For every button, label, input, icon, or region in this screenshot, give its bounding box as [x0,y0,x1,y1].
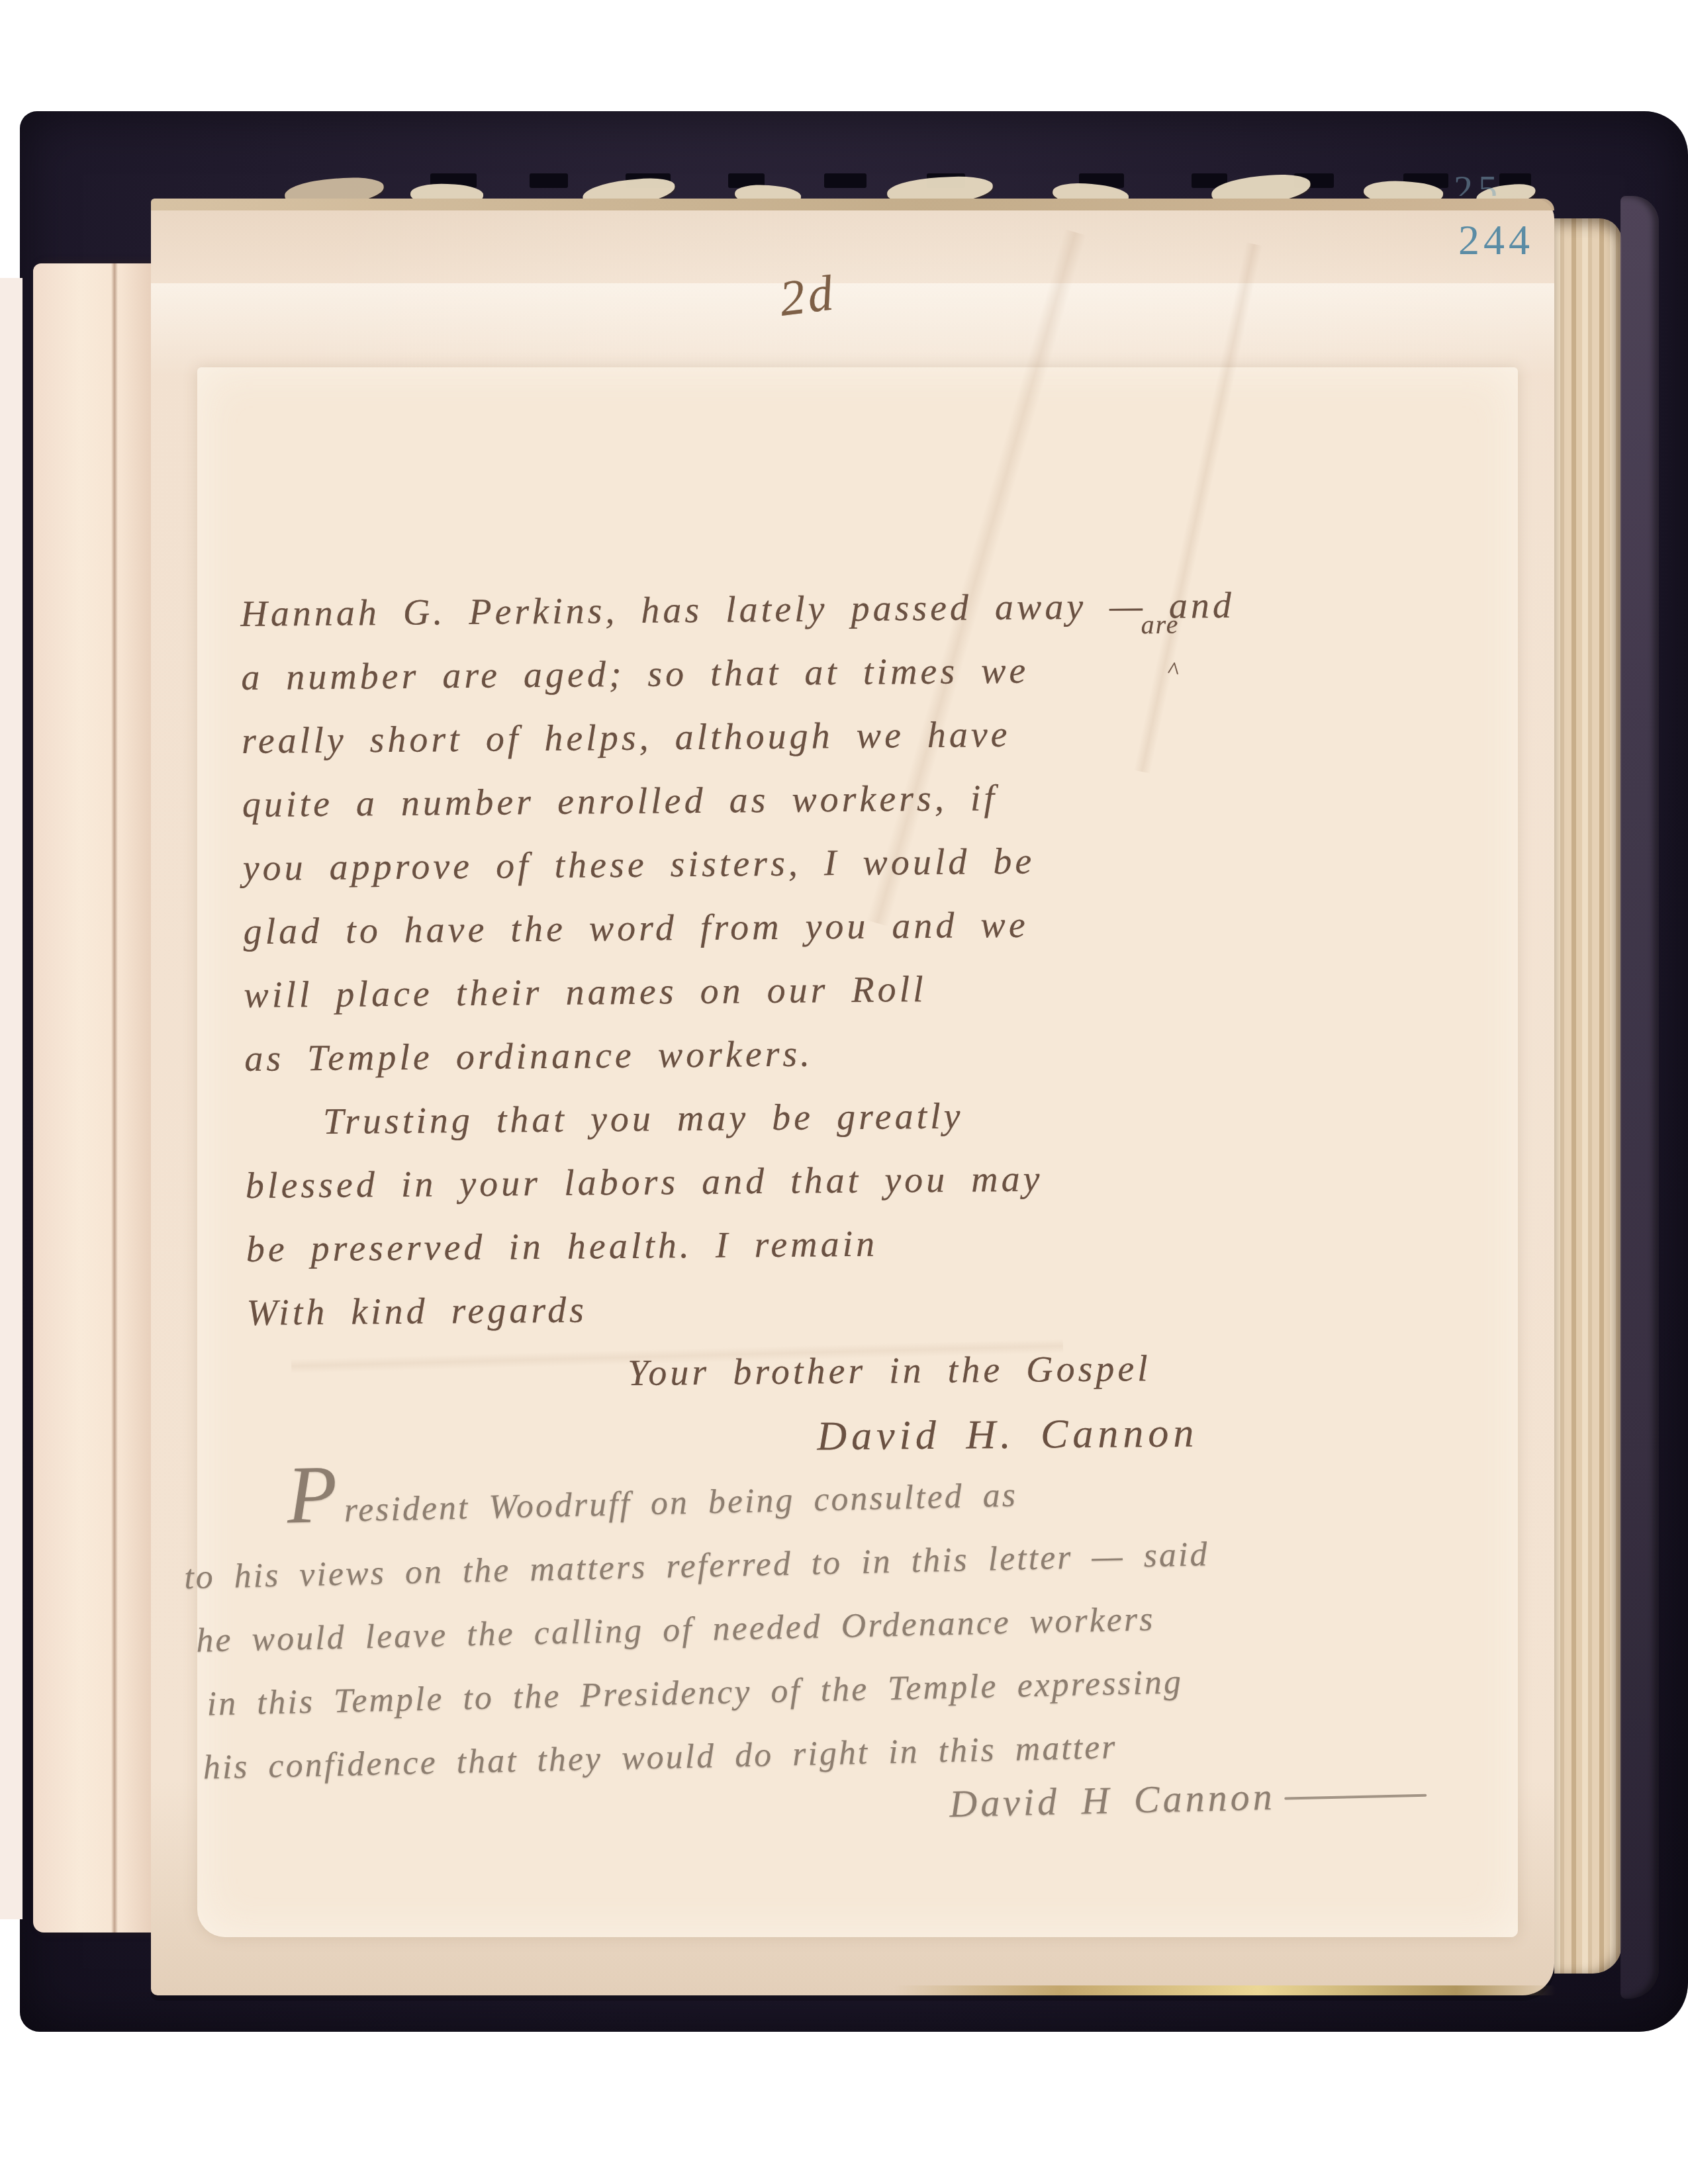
gutter-crease [111,263,118,1933]
binding-dash-mark [824,173,867,188]
letter-line: Hannah G. Perkins, has lately passed awa… [240,571,1519,646]
scanned-letterbook-page: 25 244 2d Hannah G. Perkins, has lately … [0,0,1688,2184]
bleedthrough-page-number: 25 [1454,167,1503,196]
letter-closing: Your brother in the Gospel [628,1334,1525,1405]
letter-line: will place their names on our Roll [244,952,1522,1027]
letter-line: really short of helps, although we have [242,698,1520,773]
bleedthrough-page-number-clip: 25 [1454,167,1553,196]
binding-dash-mark [530,173,568,188]
gilt-page-edge [894,1985,1556,1995]
journal-page: 244 2d Hannah G. Perkins, has lately pas… [151,199,1554,1995]
letter-line: quite a number enrolled as workers, if [242,762,1521,837]
letter-body: Hannah G. Perkins, has lately passed awa… [240,571,1526,1475]
letter-line: be preserved in health. I remain [246,1206,1524,1281]
cover-spine-edge [1620,196,1659,1999]
letter-line: you approve of these sisters, I would be [242,825,1521,900]
note-signature-text: David H Cannon [949,1775,1276,1825]
interlinear-insertion: are [1141,609,1179,641]
page-heading: 2d [776,264,839,328]
letter-line: With kind regards [246,1270,1524,1345]
letter-line: as Temple ordinance workers. [244,1016,1523,1091]
scan-edge-tint [0,278,23,1919]
page-number: 244 [1458,216,1534,265]
page-top-edge [151,199,1554,210]
letter-line: a number are aged; so that at times we [241,635,1519,709]
facing-page-edge [33,263,151,1933]
letter-line: Trusting that you may be greatly [245,1079,1523,1154]
letter-line: blessed in your labors and that you may [246,1143,1524,1218]
letter-line: glad to have the word from you and we [243,889,1521,964]
signature-flourish [1285,1794,1427,1800]
page-sheen [151,283,1554,376]
appended-note: President Woodruff on being consulted as… [187,1451,1601,1933]
